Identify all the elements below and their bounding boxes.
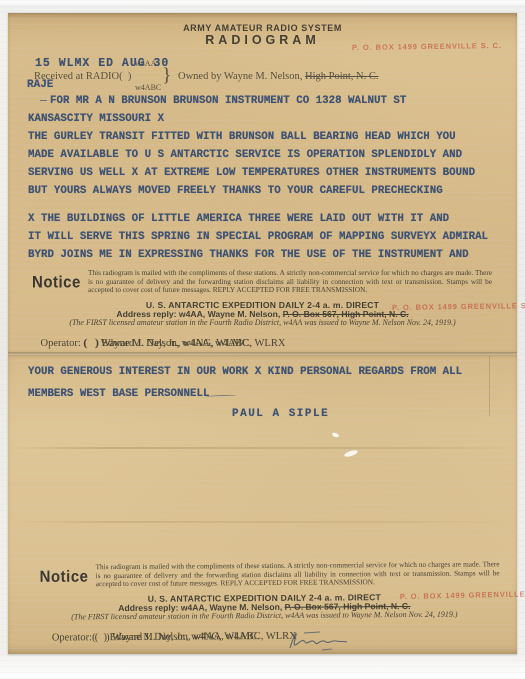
operator-line-2: ( ) Edward J. Day, Jr., w4NG, WLMC. [92,631,259,643]
handwritten-signature [280,626,390,654]
notice-body: This radiogram is mailed with the compli… [96,560,500,589]
operator-label: Operator: [52,632,95,643]
notice-label: Notice [40,568,89,587]
radiogram-scan: ARMY AMATEUR RADIO SYSTEM RADIOGRAM Rece… [0,0,525,679]
notice-block-2: Notice This radiogram is mailed with the… [0,0,525,679]
